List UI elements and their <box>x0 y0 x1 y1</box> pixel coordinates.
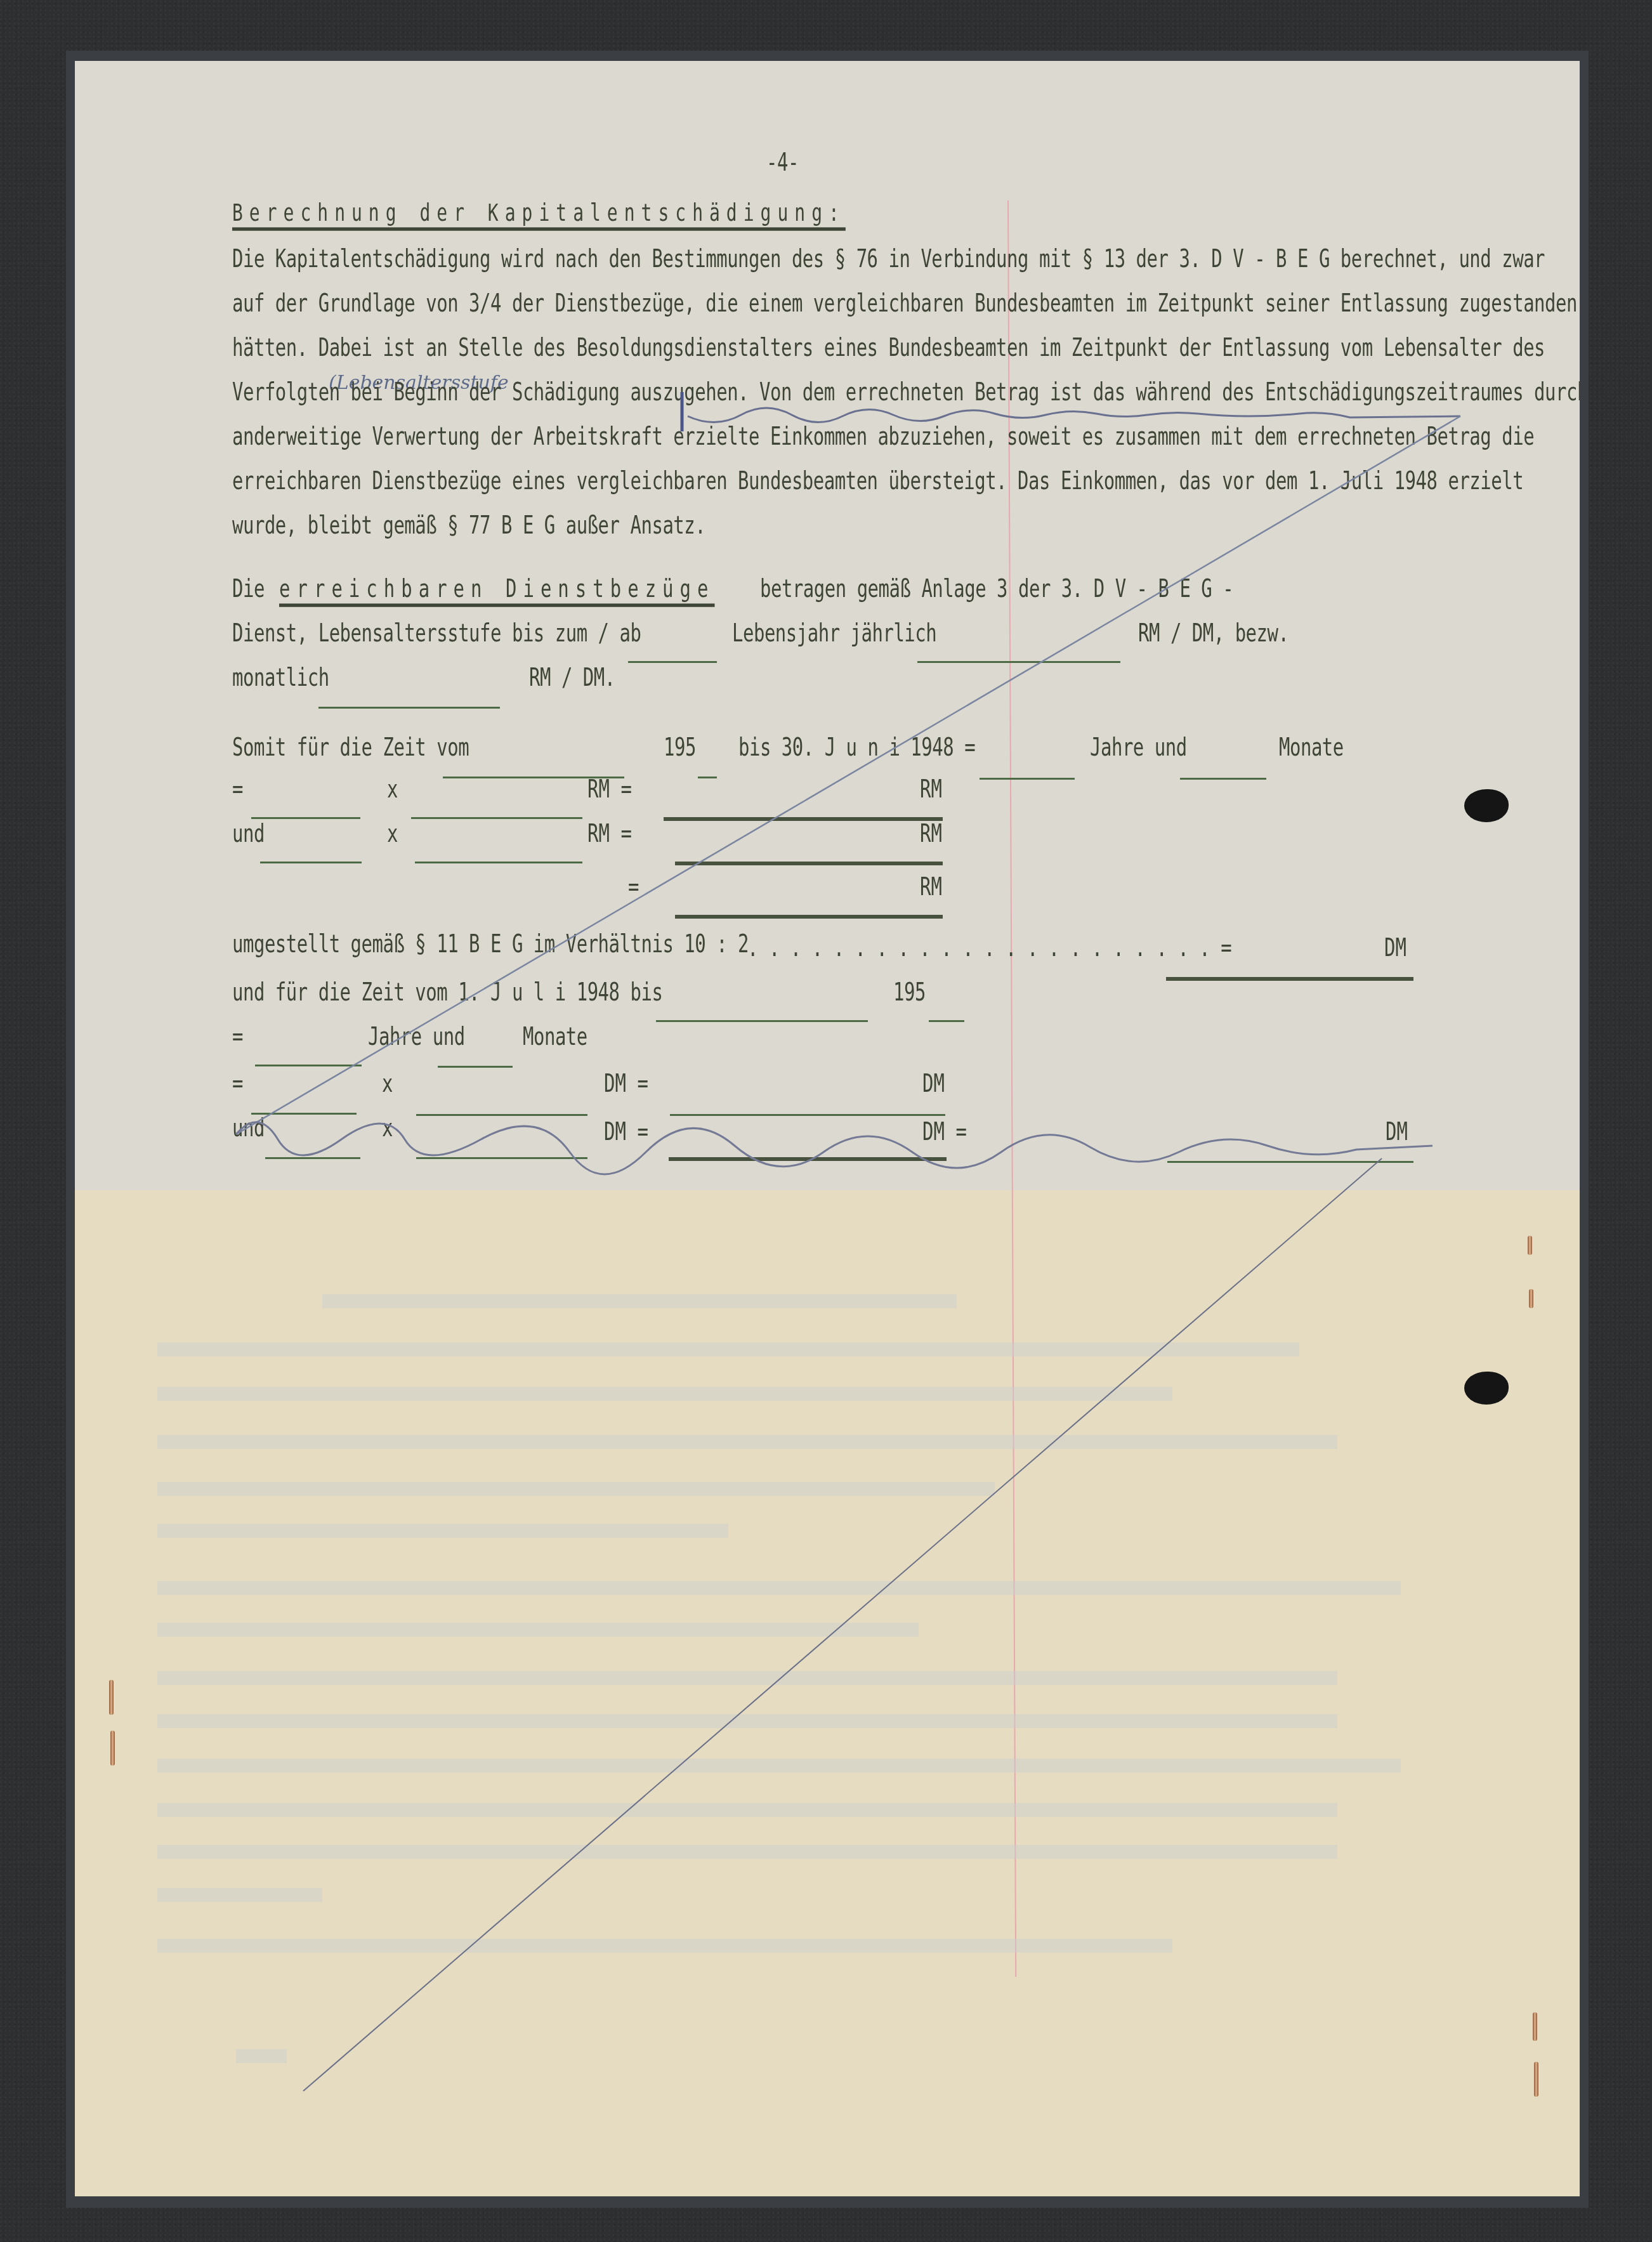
document-page: -4- Berechnung der Kapitalentschädigung:… <box>75 61 1580 2196</box>
staple <box>1529 1289 1533 1308</box>
staple <box>1534 2062 1538 2097</box>
staple <box>110 1731 115 1766</box>
staple <box>1533 2012 1537 2041</box>
punch-hole <box>1464 789 1509 822</box>
staple <box>109 1680 114 1715</box>
pencil-strikethrough <box>75 61 1580 2196</box>
staple <box>1528 1236 1532 1255</box>
punch-hole <box>1464 1372 1509 1405</box>
